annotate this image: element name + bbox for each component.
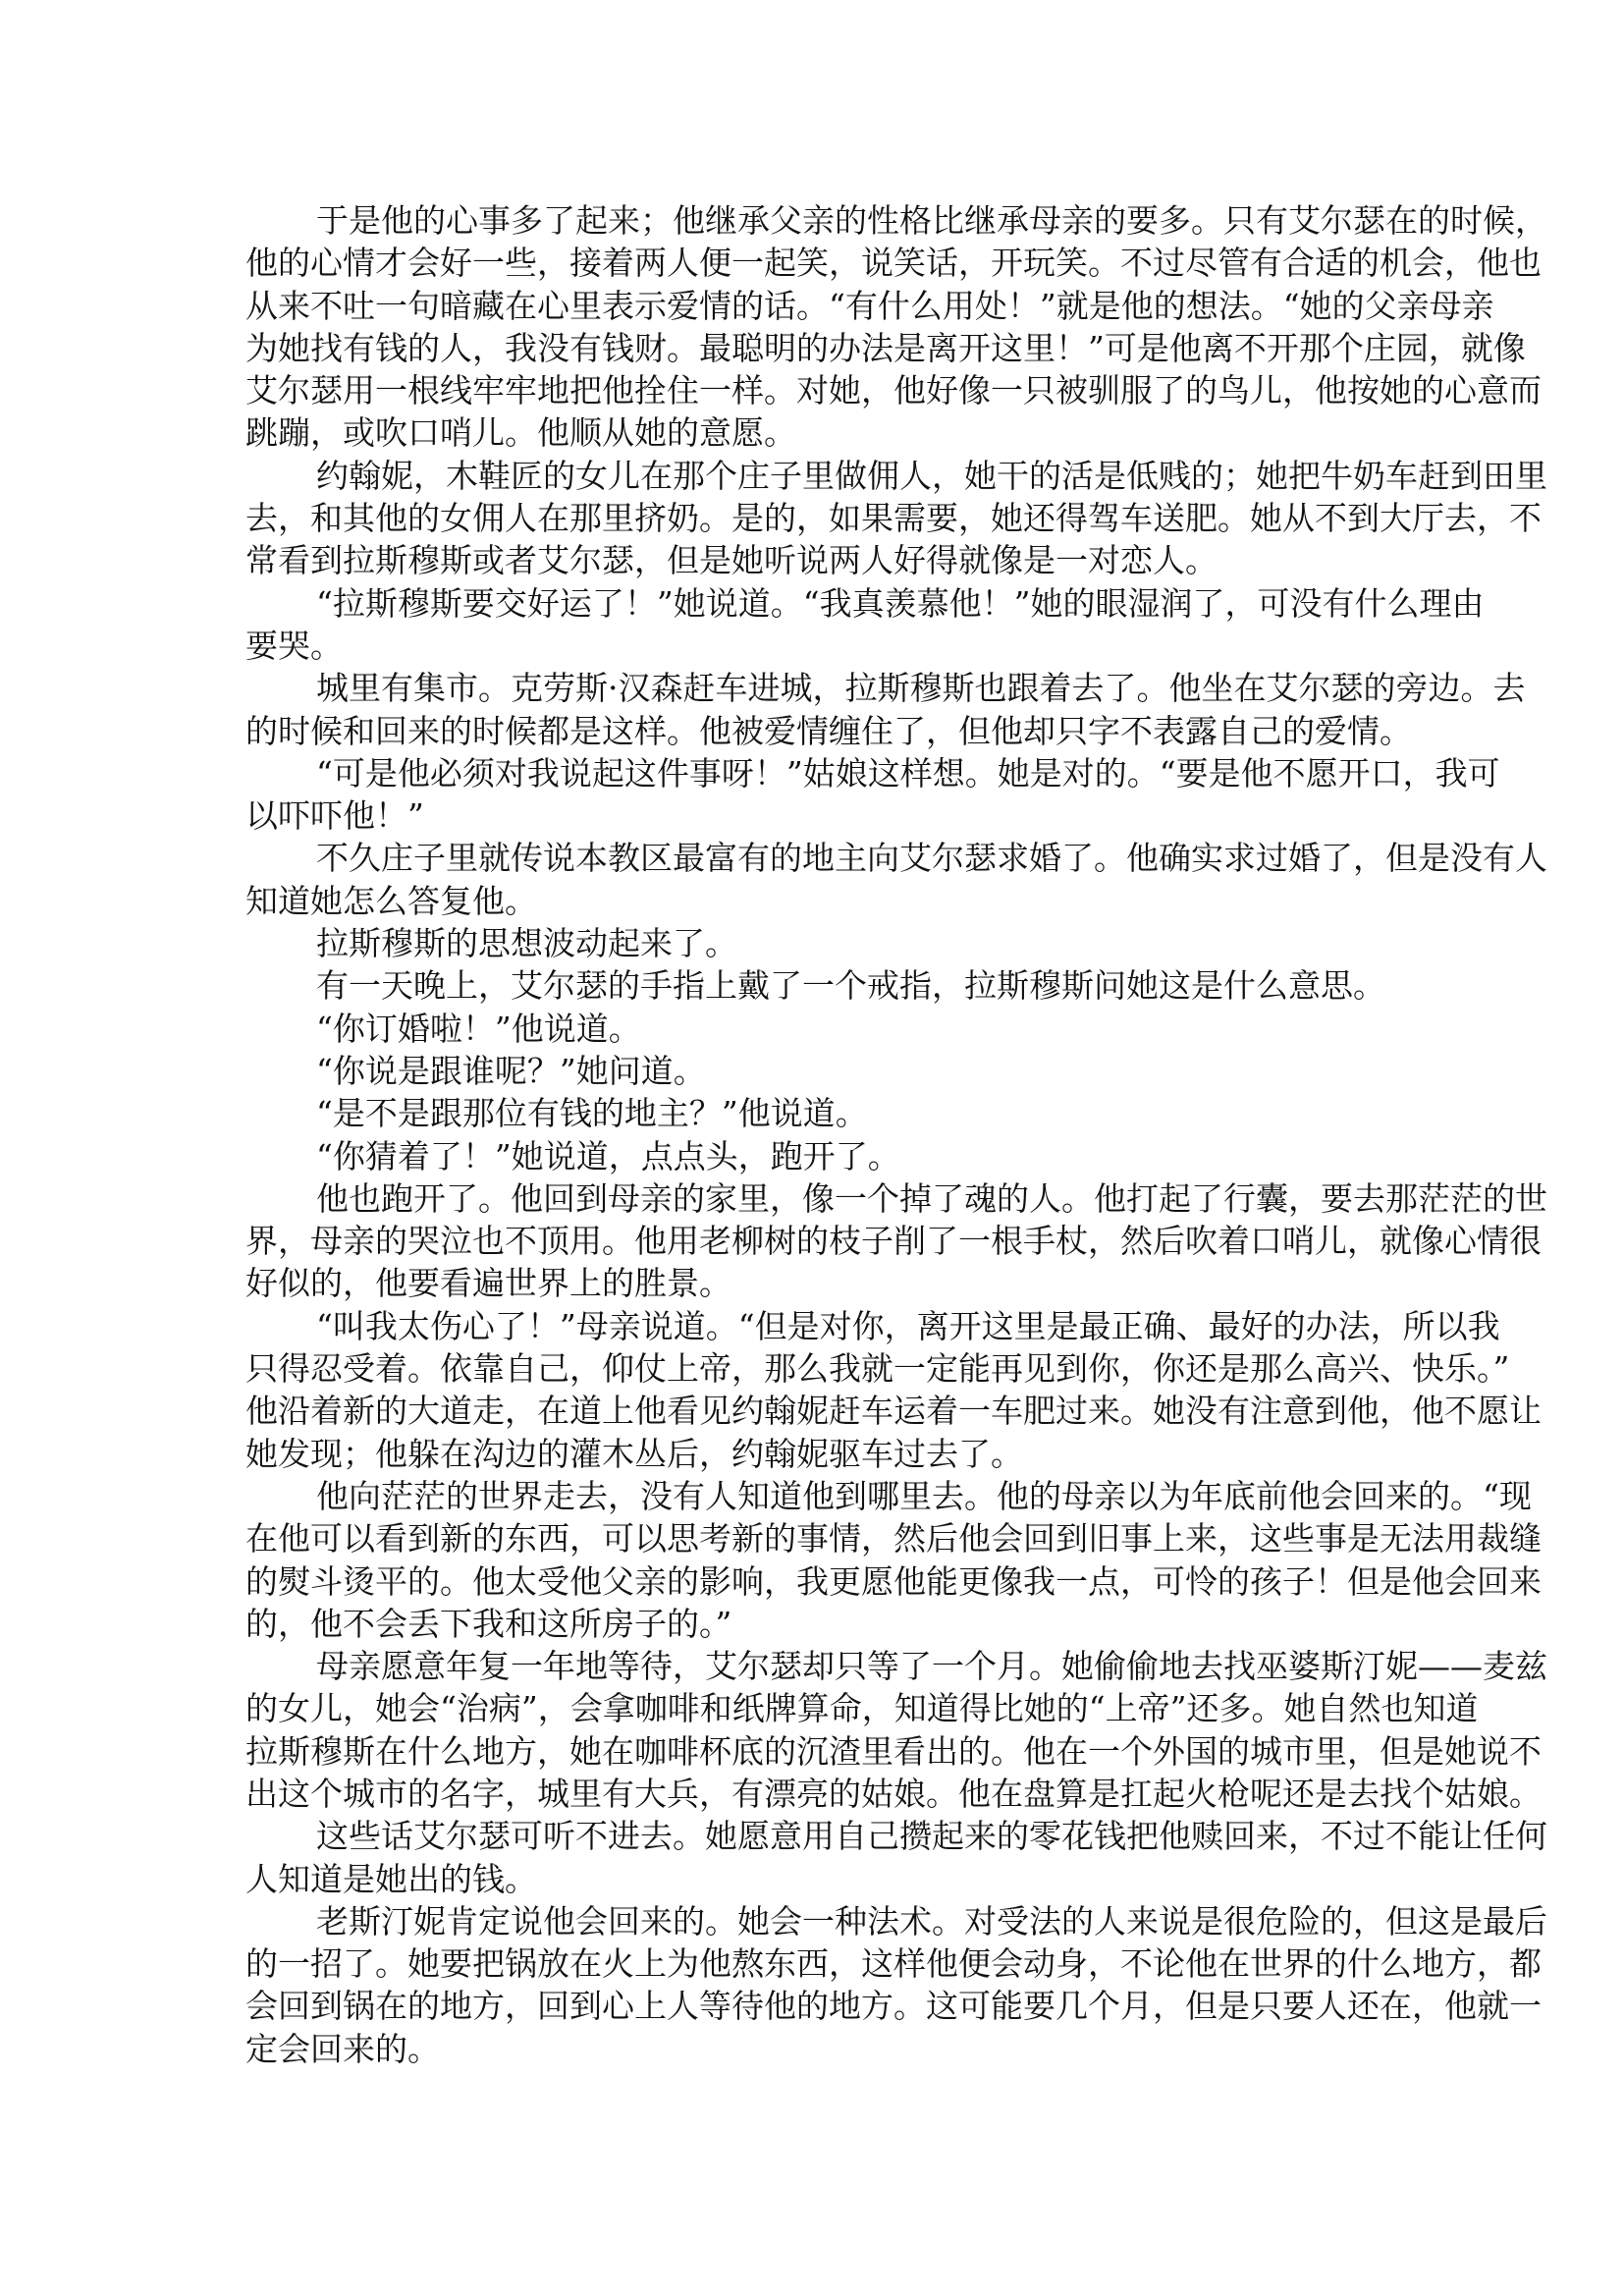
- paragraph-4: 城里有集市。克劳斯·汉森赶车进城，拉斯穆斯也跟着去了。他坐在艾尔瑟的旁边。去 的…: [245, 667, 1377, 752]
- text-line: 在他可以看到新的东西，可以思考新的事情，然后他会回到旧事上来，这些事是无法用裁缝: [245, 1517, 1377, 1559]
- paragraph-6: 不久庄子里就传说本教区最富有的地主向艾尔瑟求婚了。他确实求过婚了，但是没有人 知…: [245, 837, 1377, 922]
- text-line: 为她找有钱的人，我没有钱财。最聪明的办法是离开这里！”可是他离不开那个庄园，就像: [245, 327, 1377, 369]
- text-line: “可是他必须对我说起这件事呀！”姑娘这样想。她是对的。“要是他不愿开口，我可: [245, 752, 1377, 794]
- text-line: 只得忍受着。依靠自己，仰仗上帝，那么我就一定能再见到你，你还是那么高兴、快乐。”: [245, 1347, 1377, 1390]
- text-line: 的熨斗烫平的。他太受他父亲的影响，我更愿他能更像我一点，可怜的孩子！但是他会回来: [245, 1560, 1377, 1603]
- text-line: 知道她怎么答复他。: [245, 880, 1377, 922]
- text-line: 的女儿，她会“治病”，会拿咖啡和纸牌算命，知道得比她的“上帝”还多。她自然也知道: [245, 1687, 1377, 1729]
- text-line: 有一天晚上，艾尔瑟的手指上戴了一个戒指，拉斯穆斯问她这是什么意思。: [245, 964, 1377, 1007]
- text-line: 跳蹦，或吹口哨儿。他顺从她的意愿。: [245, 411, 1377, 454]
- paragraph-8: 有一天晚上，艾尔瑟的手指上戴了一个戒指，拉斯穆斯问她这是什么意思。: [245, 964, 1377, 1007]
- text-line: 出这个城市的名字，城里有大兵，有漂亮的姑娘。他在盘算是扛起火枪呢还是去找个姑娘。: [245, 1773, 1377, 1815]
- paragraph-1: 于是他的心事多了起来；他继承父亲的性格比继承母亲的要多。只有艾尔瑟在的时候， 他…: [245, 199, 1377, 455]
- text-line: 不久庄子里就传说本教区最富有的地主向艾尔瑟求婚了。他确实求过婚了，但是没有人: [245, 837, 1377, 879]
- text-line: 拉斯穆斯在什么地方，她在咖啡杯底的沉渣里看出的。他在一个外国的城市里，但是她说不: [245, 1730, 1377, 1773]
- text-line: “叫我太伤心了！”母亲说道。“但是对你，离开这里是最正确、最好的办法，所以我: [245, 1305, 1377, 1347]
- text-line: 会回到锅在的地方，回到心上人等待他的地方。这可能要几个月，但是只要人还在，他就一: [245, 1985, 1377, 2027]
- paragraph-10: “你说是跟谁呢？”她问道。: [245, 1050, 1377, 1092]
- text-line: 老斯汀妮肯定说他会回来的。她会一种法术。对受法的人来说是很危险的，但这是最后: [245, 1900, 1377, 1942]
- text-line: 他也跑开了。他回到母亲的家里，像一个掉了魂的人。他打起了行囊，要去那茫茫的世: [245, 1177, 1377, 1220]
- text-line: 她发现；他躲在沟边的灌木丛后，约翰妮驱车过去了。: [245, 1433, 1377, 1475]
- paragraph-9: “你订婚啦！”他说道。: [245, 1008, 1377, 1050]
- text-line: “你订婚啦！”他说道。: [245, 1008, 1377, 1050]
- paragraph-15: 他向茫茫的世界走去，没有人知道他到哪里去。他的母亲以为年底前他会回来的。“现 在…: [245, 1475, 1377, 1645]
- text-line: 常看到拉斯穆斯或者艾尔瑟，但是她听说两人好得就像是一对恋人。: [245, 539, 1377, 581]
- paragraph-14: “叫我太伤心了！”母亲说道。“但是对你，离开这里是最正确、最好的办法，所以我 只…: [245, 1305, 1377, 1475]
- text-line: 的时候和回来的时候都是这样。他被爱情缠住了，但他却只字不表露自己的爱情。: [245, 710, 1377, 752]
- text-line: 艾尔瑟用一根线牢牢地把他拴住一样。对她，他好像一只被驯服了的鸟儿，他按她的心意而: [245, 369, 1377, 411]
- text-line: “是不是跟那位有钱的地主？”他说道。: [245, 1092, 1377, 1134]
- text-line: 以吓吓他！”: [245, 794, 1377, 837]
- text-line: 要哭。: [245, 625, 1377, 667]
- paragraph-16: 母亲愿意年复一年地等待，艾尔瑟却只等了一个月。她偷偷地去找巫婆斯汀妮——麦兹 的…: [245, 1645, 1377, 1815]
- text-line: 定会回来的。: [245, 2028, 1377, 2070]
- text-line: 人知道是她出的钱。: [245, 1858, 1377, 1900]
- text-line: 约翰妮，木鞋匠的女儿在那个庄子里做佣人，她干的活是低贱的；她把牛奶车赶到田里: [245, 455, 1377, 497]
- text-line: “你猜着了！”她说道，点点头，跑开了。: [245, 1135, 1377, 1177]
- text-line: 这些话艾尔瑟可听不进去。她愿意用自己攒起来的零花钱把他赎回来，不过不能让任何: [245, 1815, 1377, 1857]
- document-page: 于是他的心事多了起来；他继承父亲的性格比继承母亲的要多。只有艾尔瑟在的时候， 他…: [245, 199, 1377, 2070]
- paragraph-3: “拉斯穆斯要交好运了！”她说道。“我真羡慕他！”她的眼湿润了，可没有什么理由 要…: [245, 582, 1377, 668]
- text-line: 他沿着新的大道走，在道上他看见约翰妮赶车运着一车肥过来。她没有注意到他，他不愿让: [245, 1390, 1377, 1432]
- paragraph-13: 他也跑开了。他回到母亲的家里，像一个掉了魂的人。他打起了行囊，要去那茫茫的世 界…: [245, 1177, 1377, 1305]
- paragraph-5: “可是他必须对我说起这件事呀！”姑娘这样想。她是对的。“要是他不愿开口，我可 以…: [245, 752, 1377, 838]
- text-line: 他的心情才会好一些，接着两人便一起笑，说笑话，开玩笑。不过尽管有合适的机会，他也: [245, 242, 1377, 284]
- paragraph-12: “你猜着了！”她说道，点点头，跑开了。: [245, 1135, 1377, 1177]
- text-line: “你说是跟谁呢？”她问道。: [245, 1050, 1377, 1092]
- text-line: 城里有集市。克劳斯·汉森赶车进城，拉斯穆斯也跟着去了。他坐在艾尔瑟的旁边。去: [245, 667, 1377, 709]
- paragraph-2: 约翰妮，木鞋匠的女儿在那个庄子里做佣人，她干的活是低贱的；她把牛奶车赶到田里 去…: [245, 455, 1377, 582]
- text-line: 的，他不会丢下我和这所房子的。”: [245, 1603, 1377, 1645]
- text-line: 他向茫茫的世界走去，没有人知道他到哪里去。他的母亲以为年底前他会回来的。“现: [245, 1475, 1377, 1517]
- paragraph-7: 拉斯穆斯的思想波动起来了。: [245, 922, 1377, 964]
- text-line: 母亲愿意年复一年地等待，艾尔瑟却只等了一个月。她偷偷地去找巫婆斯汀妮——麦兹: [245, 1645, 1377, 1687]
- paragraph-17: 这些话艾尔瑟可听不进去。她愿意用自己攒起来的零花钱把他赎回来，不过不能让任何 人…: [245, 1815, 1377, 1900]
- text-line: “拉斯穆斯要交好运了！”她说道。“我真羡慕他！”她的眼湿润了，可没有什么理由: [245, 582, 1377, 625]
- text-line: 拉斯穆斯的思想波动起来了。: [245, 922, 1377, 964]
- paragraph-11: “是不是跟那位有钱的地主？”他说道。: [245, 1092, 1377, 1134]
- text-line: 的一招了。她要把锅放在火上为他熬东西，这样他便会动身，不论他在世界的什么地方，都: [245, 1942, 1377, 1985]
- text-line: 界，母亲的哭泣也不顶用。他用老柳树的枝子削了一根手杖，然后吹着口哨儿，就像心情很: [245, 1220, 1377, 1262]
- text-line: 去，和其他的女佣人在那里挤奶。是的，如果需要，她还得驾车送肥。她从不到大厅去，不: [245, 497, 1377, 539]
- text-line: 于是他的心事多了起来；他继承父亲的性格比继承母亲的要多。只有艾尔瑟在的时候，: [245, 199, 1377, 242]
- text-line: 好似的，他要看遍世界上的胜景。: [245, 1262, 1377, 1304]
- paragraph-18: 老斯汀妮肯定说他会回来的。她会一种法术。对受法的人来说是很危险的，但这是最后 的…: [245, 1900, 1377, 2070]
- text-line: 从来不吐一句暗藏在心里表示爱情的话。“有什么用处！”就是他的想法。“她的父亲母亲: [245, 285, 1377, 327]
